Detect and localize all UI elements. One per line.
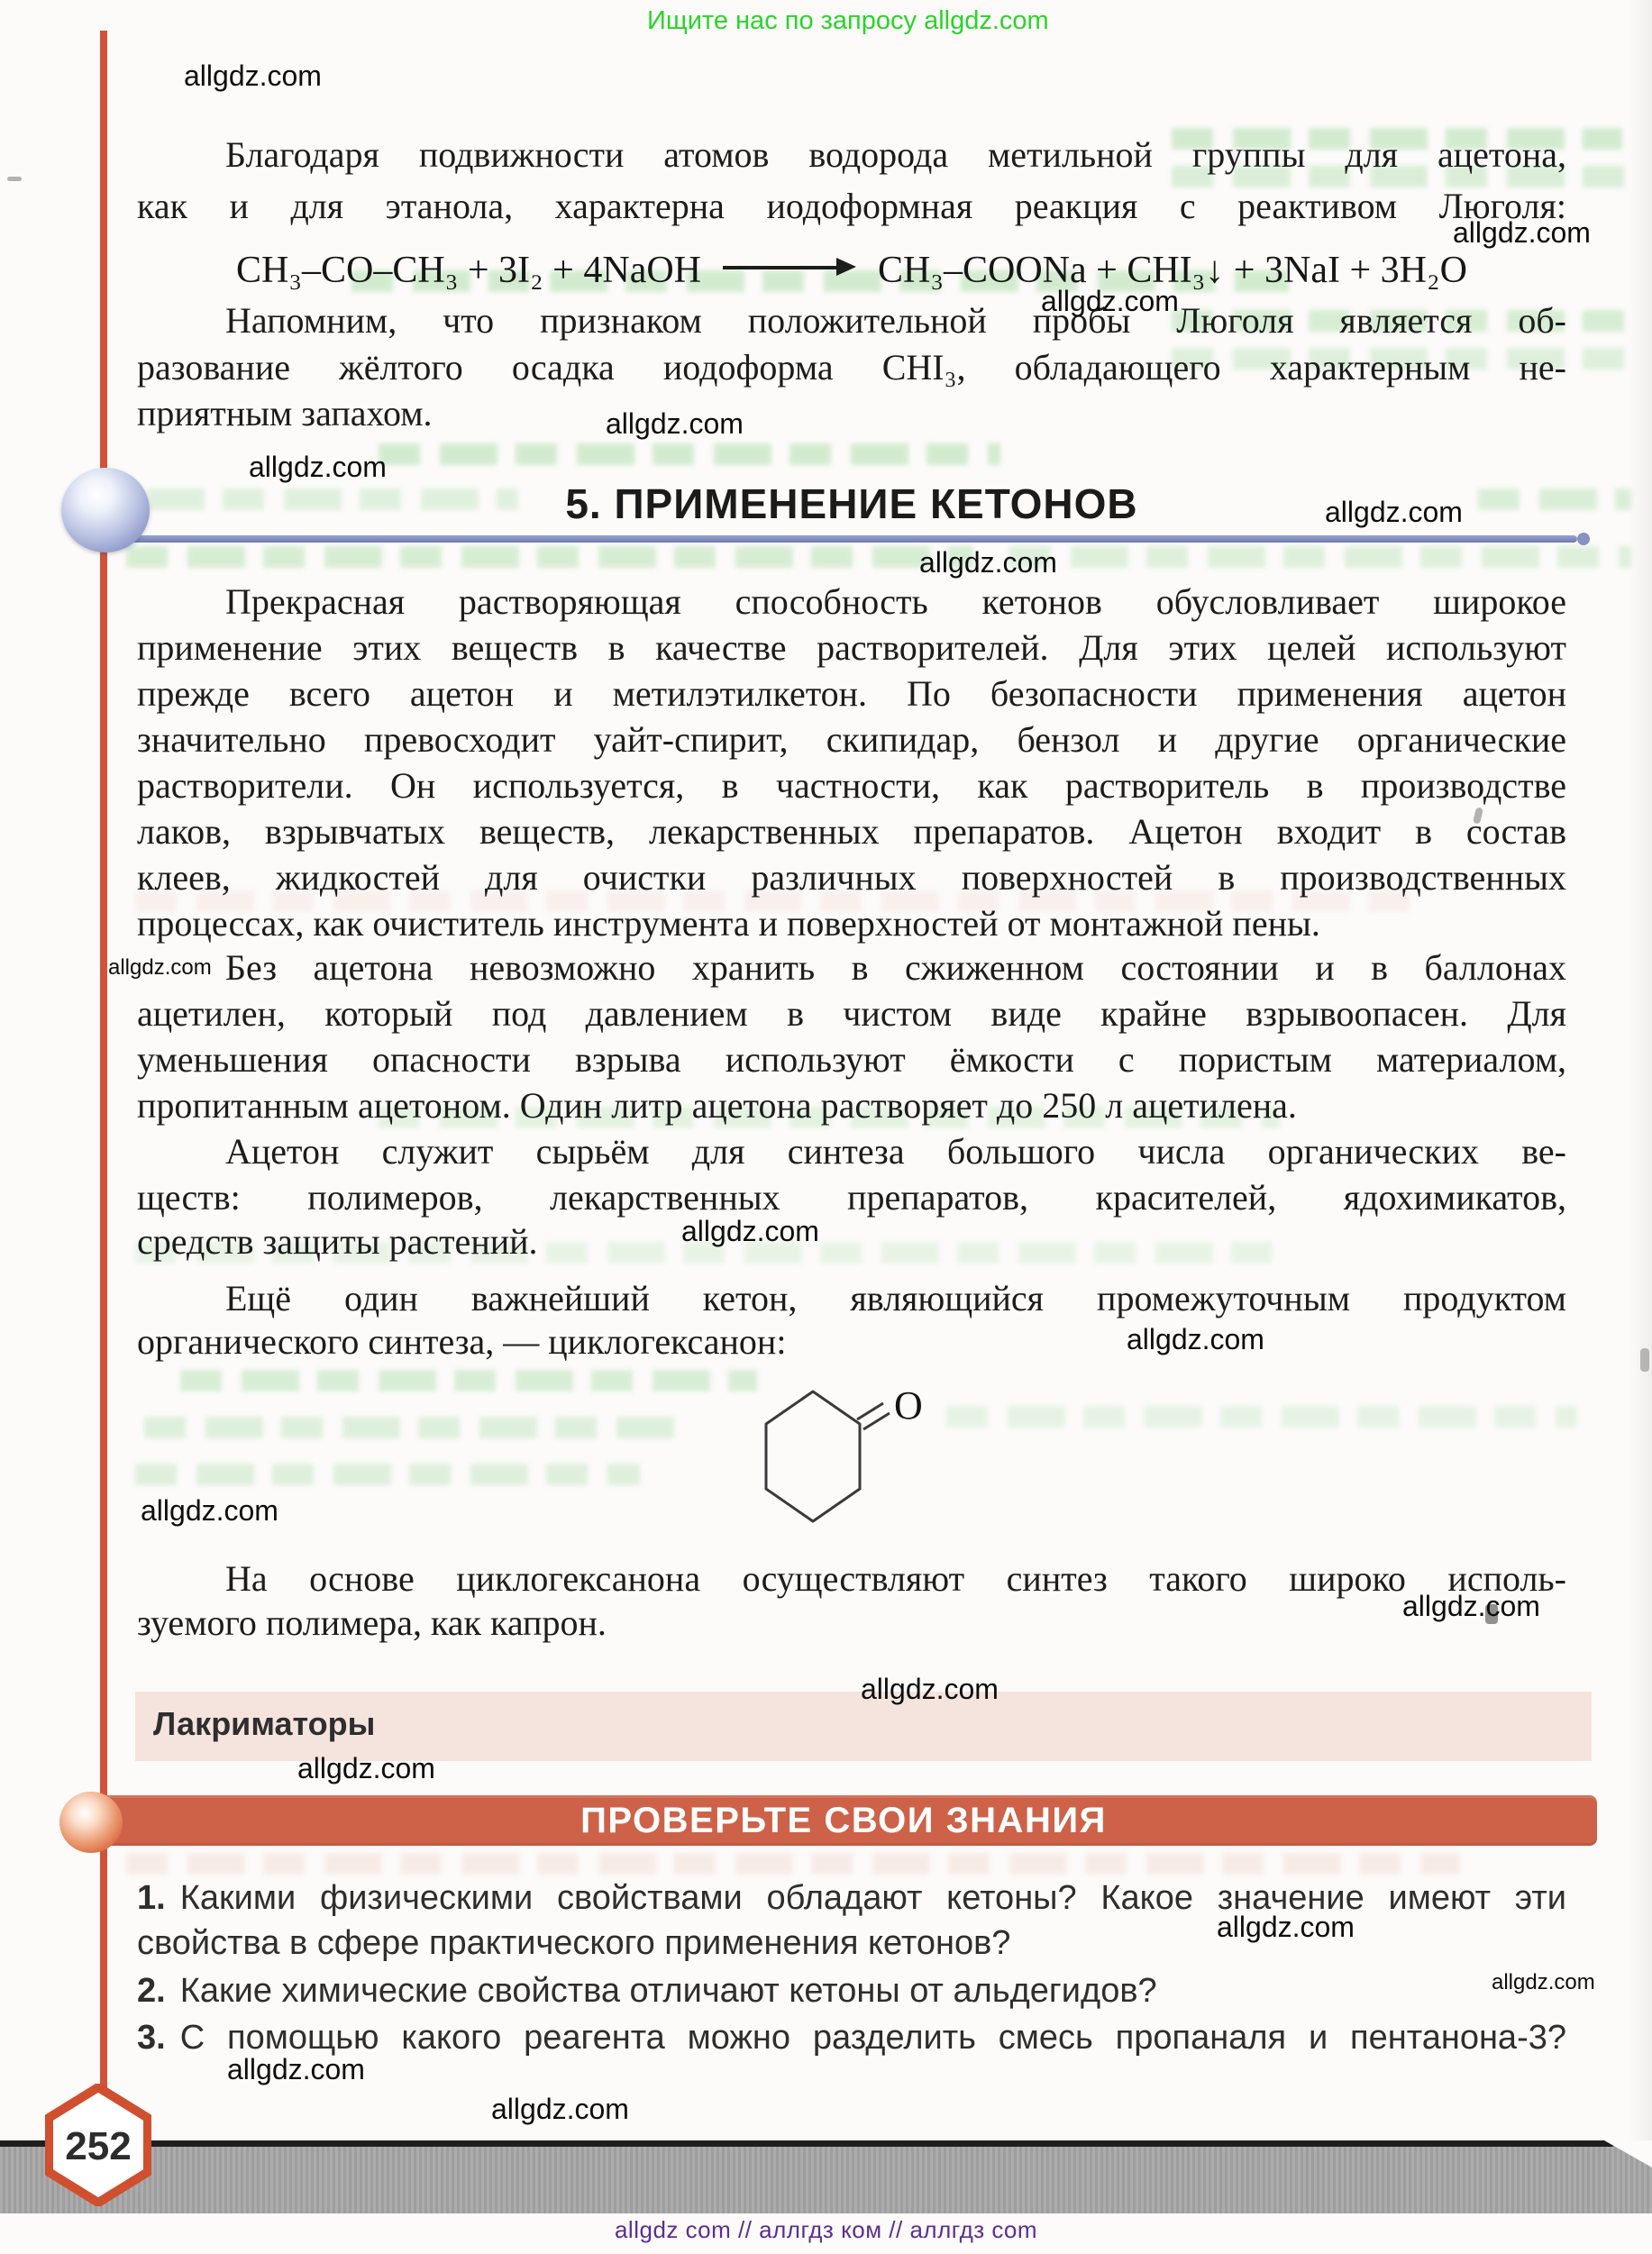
watermark-allgdz: allgdz.com [184,59,322,92]
quiz-banner-title: ПРОВЕРЬТЕ СВОИ ЗНАНИЯ [580,1801,1107,1840]
hexagon-ring [766,1392,860,1521]
question-text: Какие химические свойства отличают кетон… [180,1972,1157,2010]
watermark-allgdz: allgdz.com [1217,1911,1355,1943]
question-text: Какими физическими свойствами обладают к… [180,1879,1566,1917]
page-number: 252 [65,2124,131,2168]
scan-ghost [1009,546,1631,568]
watermark-allgdz: allgdz.com [681,1215,819,1247]
text-line: ацетилен, который под давлением в чистом… [137,990,1566,1038]
text-line: пропитанным ацетоном. Один литр ацетона … [137,1081,1566,1130]
text-line: зуемого полимера, как капрон. [137,1599,1566,1647]
page-number-badge: 252 [45,2084,151,2206]
scan-ghost [135,1464,640,1485]
text-line: уменьшения опасности взрыва используют ё… [137,1036,1566,1084]
reaction-arrow-icon [723,255,856,278]
lacrimators-label: Лакриматоры [153,1706,375,1742]
margin-rule [100,31,107,2089]
quiz-banner: ПРОВЕРЬТЕ СВОИ ЗНАНИЯ [90,1795,1597,1846]
scan-speck [1640,1348,1649,1372]
question-text: С помощью какого реагента можно разделит… [180,2019,1566,2057]
text-line: Ещё один важнейший кетон, являющийся про… [225,1274,1566,1323]
question-number: 1. [137,1879,166,1917]
watermark-allgdz: allgdz.com [491,2093,629,2125]
watermark-allgdz: allgdz.com [297,1752,435,1784]
oxygen-label: O [894,1383,923,1428]
text-line: Без ацетона невозможно хранить в сжиженн… [225,944,1566,992]
section-heading: 5. ПРИМЕНЕНИЕ КЕТОНОВ [401,479,1302,529]
equation-lhs: CH₃–CO–CH₃ + 3I₂ + 4NaOH [236,250,701,291]
cyclohexanone-structure: O [716,1381,950,1543]
scan-bottom-edge [0,2144,1652,2213]
scan-ghost [126,1853,1460,1875]
watermark-allgdz: allgdz.com [606,407,744,440]
watermark-allgdz: allgdz.com [1041,285,1179,317]
text-line: Благодаря подвижности атомов водорода ме… [225,131,1566,179]
section-rule [102,535,1577,543]
watermark-allgdz: allgdz.com [1325,496,1463,528]
quiz-banner-sphere-icon [59,1792,123,1853]
text-line: лаков, взрывчатых веществ, лекарственных… [137,808,1566,856]
watermark-allgdz: allgdz.com [108,955,212,981]
scan-ghost [126,546,973,568]
watermark-allgdz: allgdz.com [141,1494,278,1527]
scan-ghost [1478,488,1631,510]
chemical-equation: CH₃–CO–CH₃ + 3I₂ + 4NaOHCH₃–COONa + CHI₃… [137,242,1566,299]
scan-ghost [379,443,1000,465]
text-line: применение этих веществ в качестве раств… [137,624,1566,672]
question-number: 2. [137,1972,166,2010]
scan-ghost [144,1417,685,1438]
scan-ghost [946,1406,1577,1428]
text-line: На основе циклогексанона осуществляют си… [225,1555,1566,1603]
watermark-allgdz: allgdz.com [1402,1590,1540,1622]
page-footer: allgdz com // аллгдз ком // аллгдз com [0,2215,1652,2244]
text-line: клеев, жидкостей для очистки различных п… [137,853,1566,902]
rule-end-dot-icon [1577,533,1590,545]
section-sphere-icon [61,468,150,552]
text-line: ществ: полимеров, лекарственных препарат… [137,1173,1566,1222]
watermark-allgdz: allgdz.com [861,1673,999,1705]
text-line: процессах, как очиститель инструмента и … [137,899,1566,948]
page-edge-line [0,2140,1615,2147]
text-line: средств защиты растений. [137,1218,1566,1266]
watermark-allgdz: allgdz.com [919,546,1057,579]
watermark-allgdz: allgdz.com [1127,1323,1264,1355]
text-line: как и для этанола, характерна иодоформна… [137,182,1566,231]
scan-speck [7,177,22,181]
watermark-allgdz: allgdz.com [1492,1970,1595,1995]
text-line: Прекрасная растворяющая способность кето… [225,578,1566,626]
page-edge-shade [1629,0,1652,2145]
text-line: приятным запахом. [137,389,1566,438]
text-line: разование жёлтого осадка иодоформа CHI₃,… [137,343,1566,392]
text-line: Напомним, что признаком положительной пр… [225,297,1566,345]
scan-ghost [180,1370,757,1392]
question-line: 2.Какие химические свойства отличают кет… [137,1967,1566,2014]
text-line: Ацетон служит сырьём для синтеза большог… [225,1127,1566,1176]
watermark-allgdz: allgdz.com [249,451,387,483]
text-line: растворители. Он используется, в частнос… [137,762,1566,810]
question-number: 3. [137,2019,166,2057]
text-line: прежде всего ацетон и метилэтилкетон. По… [137,670,1566,718]
textbook-page: Ищите нас по запросу allgdz.com allgdz.c… [0,0,1652,2254]
promo-text: Ищите нас по запросу allgdz.com [647,5,1049,36]
watermark-allgdz: allgdz.com [227,2053,365,2085]
text-line: значительно превосходит уайт-спирит, ски… [137,716,1566,764]
text-line: органического синтеза, — циклогексанон: [137,1318,1566,1366]
watermark-allgdz: allgdz.com [1453,216,1591,249]
